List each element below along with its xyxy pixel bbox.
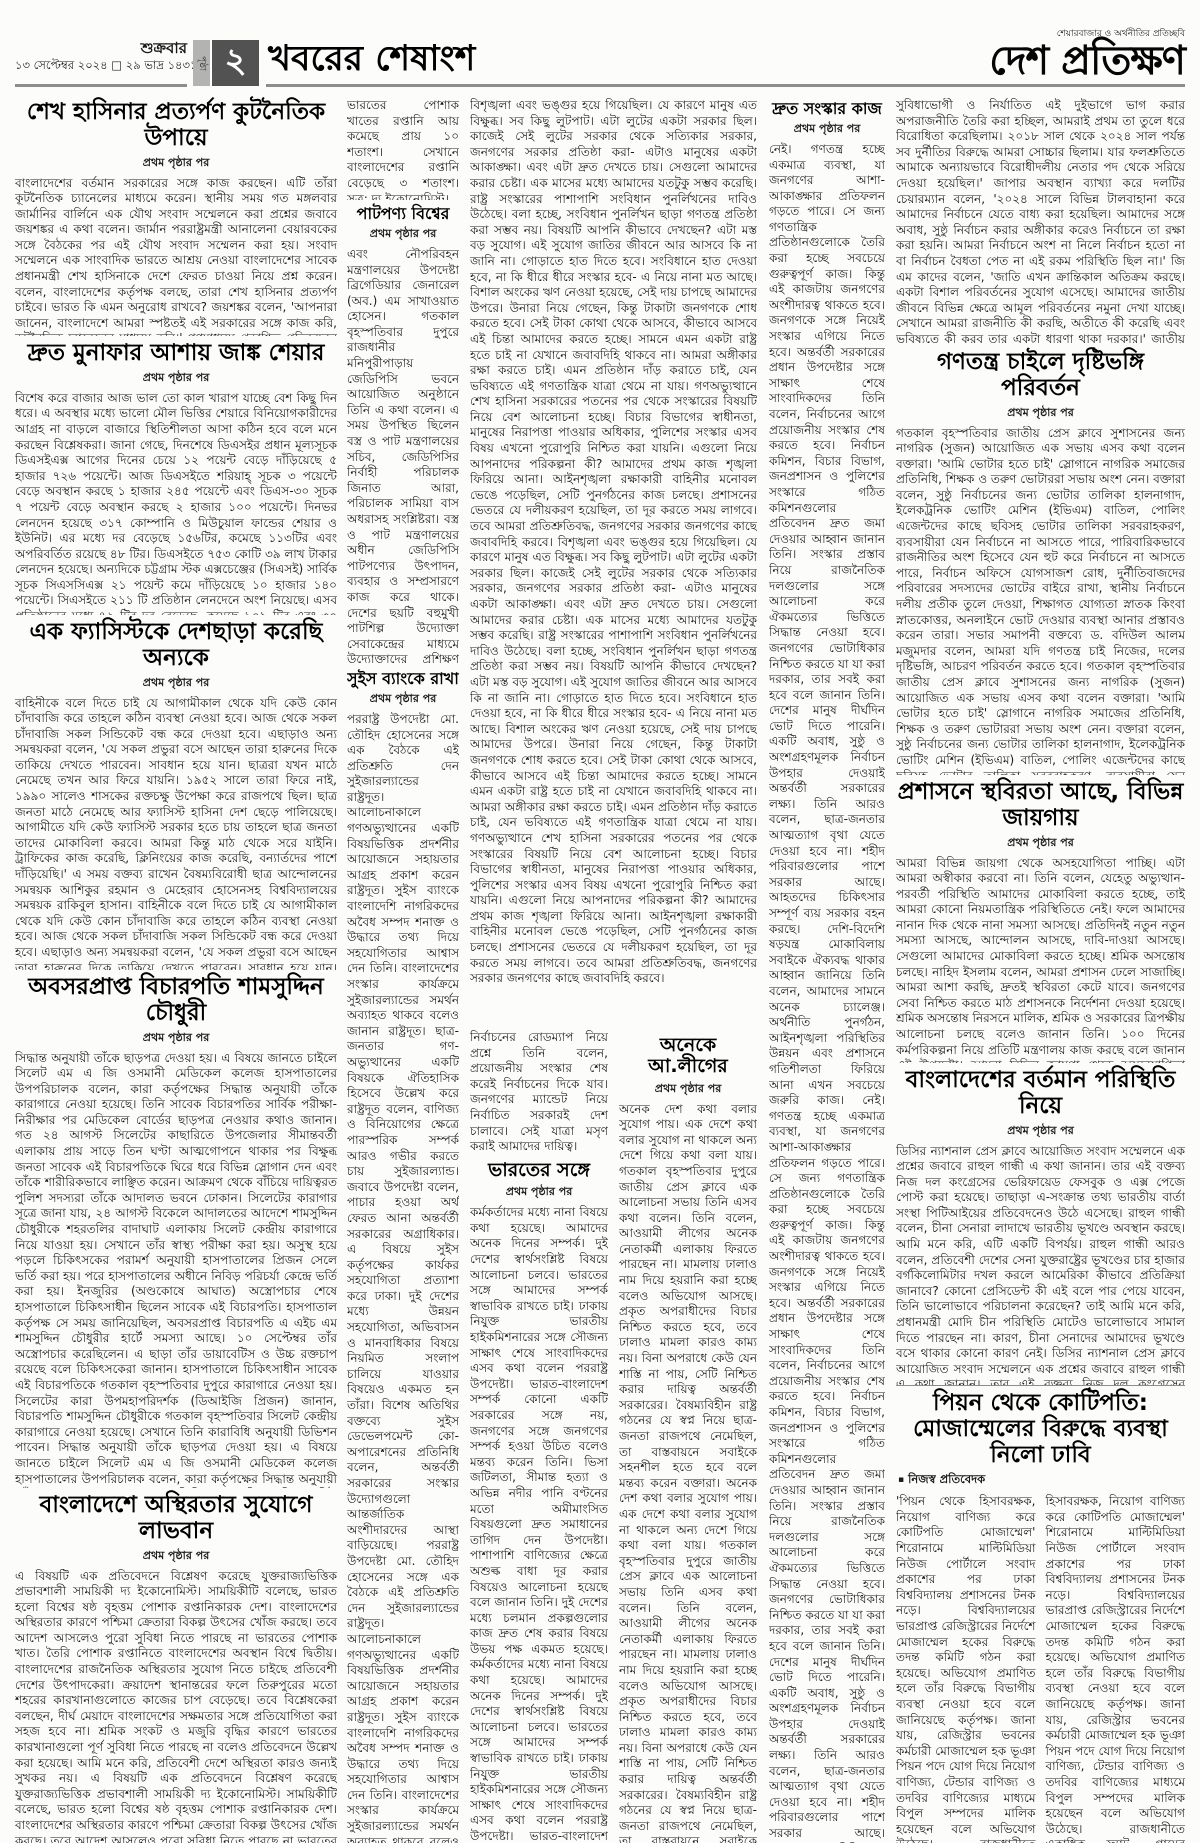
column-block-b: ভারতের পোশাক খাতের রপ্তানি আয় কমেছে প্র… [347,95,459,1843]
article-headline: শেখ হাসিনার প্রত্যর্পণ কুটনৈতিক উপায়ে [15,100,337,152]
continued-from-label: প্রথম পৃষ্ঠার পর [769,120,885,139]
article-headline: পাটপণ্য বিশ্বের [347,205,459,223]
page-number-badge: পৃষ্ঠা ২ [193,40,259,86]
article-body: বাহিনীকে বলে দিতে চাই যে আগামীকাল থেকে য… [15,696,337,971]
article-retired-justice: অবসরপ্রাপ্ত বিচারপতি শামসুদ্দিন চৌধুরী প… [15,970,337,1488]
continued-from-label: প্রথম পৃষ্ঠার পর [896,404,1185,423]
article-democracy-outlook: গণতন্ত্র চাইলে দৃষ্টিভঙ্গি পরিবর্তন প্রথ… [896,345,1185,775]
continued-from-label: প্রথম পৃষ্ঠার পর [619,1080,757,1099]
article-peon-to-millionaire: পিয়ন থেকে কোটিপতি: মোজাম্মেলের বিরুদ্ধে… [896,1385,1185,1843]
continued-from-label: প্রথম পৃষ্ঠার পর [347,690,459,709]
article-many-awami-league: অনেকে আ.লীগের প্রথম পৃষ্ঠার পর অনেক দেশ … [619,1030,757,1843]
article-body: নেই। গণতন্ত্র হচ্ছে একমাত্র ব্যবস্থা, যা… [769,142,885,1843]
article-body: ভারতের পোশাক খাতের রপ্তানি আয় কমেছে প্র… [347,98,459,200]
continued-from-label: প্রথম পৃষ্ঠার পর [15,1029,337,1048]
article-japa-continuation: সুবিধাভোগী ও নির্যাতিত এই দুইভাগে ভাগ কর… [896,95,1185,345]
column-block-d: দ্রুত সংস্কার কাজ প্রথম পৃষ্ঠার পর নেই। … [769,95,885,1843]
article-headline: অনেকে আ.লীগের [619,1035,757,1078]
article-body: সিদ্ধান্ত অনুযায়ী তাঁকে ছাড়পত্র দেওয়া… [15,1051,337,1489]
date-label: ১৩ সেপ্টেম্বর ২০২৪ □ ২৯ ভাদ্র ১৪৩১ [15,59,187,72]
article-rahul-gandhi: বাংলাদেশের বর্তমান পরিস্থিতি নিয়ে প্রথম… [896,1063,1185,1385]
article-body: নির্বাচনের রোডম্যাপ নিয়ে প্রশ্নে তিনি ব… [470,1030,608,1155]
article-body: অনেক দেশ কথা বলার সুযোগ পায়। এক দেশে কথ… [619,1102,757,1843]
column-block-e: সুবিধাভোগী ও নির্যাতিত এই দুইভাগে ভাগ কর… [896,95,1185,1843]
continued-from-label: প্রথম পৃষ্ঠার পর [15,369,337,388]
newspaper-brand: শেয়ারবাজার ও অর্থনীতির প্রতিচ্ছবি দেশ প… [989,30,1185,81]
article-headline: অবসরপ্রাপ্ত বিচারপতি শামসুদ্দিন চৌধুরী [15,975,337,1027]
sub-column-left: নির্বাচনের রোডম্যাপ নিয়ে প্রশ্নে তিনি ব… [470,1030,608,1843]
article-headline: সুইস ব্যাংকে রাখা [347,670,459,688]
continued-from-label: প্রথম পৃষ্ঠার পর [896,1122,1185,1141]
article-body: সুবিধাভোগী ও নির্যাতিত এই দুইভাগে ভাগ কর… [896,98,1185,345]
article-quick-reforms: দ্রুত সংস্কার কাজ প্রথম পৃষ্ঠার পর নেই। … [769,95,885,1843]
article-continuation-garments: ভারতের পোশাক খাতের রপ্তানি আয় কমেছে প্র… [347,95,459,200]
continued-from-label: প্রথম পৃষ্ঠার পর [15,1547,337,1566]
header-rule-left [15,84,187,87]
page-number: ২ [212,40,259,86]
date-block: শুক্রবার ১৩ সেপ্টেম্বর ২০২৪ □ ২৯ ভাদ্র ১… [15,40,187,72]
article-jute-products: পাটপণ্য বিশ্বের প্রথম পৃষ্ঠার পর এবং নৌপ… [347,200,459,665]
page-word-label: পৃষ্ঠা [193,40,210,86]
continued-from-label: প্রথম পৃষ্ঠার পর [347,225,459,244]
continued-from-label: প্রথম পৃষ্ঠার পর [896,834,1185,853]
article-headline: বাংলাদেশে অস্থিরতার সুযোগে লাভবান [15,1493,337,1545]
article-admin-stagnation: প্রশাসনে স্থবিরতা আছে, বিভিন্ন জায়গায় … [896,775,1185,1063]
article-headline: দ্রুত সংস্কার কাজ [769,100,885,118]
byline-marker-icon: ▪ [898,1475,904,1485]
article-body: বিশেষ করে বাজার আজ ভাল তো কাল খারাপ যাচ্… [15,391,337,615]
article-fascist-ousted: এক ফ্যাসিস্টকে দেশছাড়া করেছি অন্যকে প্র… [15,615,337,970]
article-headline: ভারতের সঙ্গে [470,1160,608,1181]
sub-columns: নির্বাচনের রোডম্যাপ নিয়ে প্রশ্নে তিনি ব… [470,1030,757,1843]
article-body: 'পিয়ন থেকে হিসাবরক্ষক, নিয়োগ বাণিজ্য ক… [896,1494,1185,1843]
article-headline: বাংলাদেশের বর্তমান পরিস্থিতি নিয়ে [896,1068,1185,1120]
article-headline: গণতন্ত্র চাইলে দৃষ্টিভঙ্গি পরিবর্তন [896,350,1185,402]
weekday-label: শুক্রবার [15,40,187,57]
article-body: ডিসির ন্যাশনাল প্রেস ক্লাবে আয়োজিত সংবা… [896,1144,1185,1386]
article-body: আমরা বিভিন্ন জায়গা থেকে অসহযোগিতা পাচ্ছ… [896,856,1185,1064]
article-headline: দ্রুত মুনাফার আশায় জাঙ্ক শেয়ার [15,341,337,367]
article-body: বিশৃঙ্খলা এবং ভঙ্গুর হয়ে গিয়েছিল। যে ক… [470,98,757,1030]
article-swiss-bank: সুইস ব্যাংকে রাখা প্রথম পৃষ্ঠার পর পররাষ… [347,665,459,1843]
newspaper-logo: দেশ প্রতিক্ষণ [989,41,1185,81]
section-title: খবরের শেষাংশ [268,40,475,79]
column-block-c: বিশৃঙ্খলা এবং ভঙ্গুর হয়ে গিয়েছিল। যে ক… [470,95,757,1843]
article-body: বাংলাদেশের বর্তমান সরকারের সঙ্গে কাজ করছ… [15,176,337,337]
continued-from-label: প্রথম পৃষ্ঠার পর [15,154,337,173]
header-rule-right [266,84,1185,87]
page-header: শুক্রবার ১৩ সেপ্টেম্বর ২০২৪ □ ২৯ ভাদ্র ১… [0,0,1200,92]
article-interview-continuation: বিশৃঙ্খলা এবং ভঙ্গুর হয়ে গিয়েছিল। যে ক… [470,95,757,1030]
newspaper-page: শুক্রবার ১৩ সেপ্টেম্বর ২০২৪ □ ২৯ ভাদ্র ১… [0,0,1200,1843]
article-junk-shares: দ্রুত মুনাফার আশায় জাঙ্ক শেয়ার প্রথম প… [15,336,337,615]
column-block-a: শেখ হাসিনার প্রত্যর্পণ কুটনৈতিক উপায়ে প… [15,95,337,1843]
article-headline: এক ফ্যাসিস্টকে দেশছাড়া করেছি অন্যকে [15,620,337,672]
article-instability-benefit: বাংলাদেশে অস্থিরতার সুযোগে লাভবান প্রথম … [15,1488,337,1843]
sub-column-right: অনেকে আ.লীগের প্রথম পৃষ্ঠার পর অনেক দেশ … [619,1030,757,1843]
article-sheikh-hasina-extradition: শেখ হাসিনার প্রত্যর্পণ কুটনৈতিক উপায়ে প… [15,95,337,336]
article-body: পররাষ্ট্র উপদেষ্টা মো. তৌহিদ হোসেনের সঙ্… [347,712,459,1843]
byline-label: নিজস্ব প্রতিবেদক [908,1472,985,1486]
article-headline: পিয়ন থেকে কোটিপতি: মোজাম্মেলের বিরুদ্ধে… [896,1391,1185,1468]
article-body: এ বিষয়টি এক প্রতিবেদনে বিশ্লেষণ করেছে য… [15,1569,337,1843]
article-headline: প্রশাসনে স্থবিরতা আছে, বিভিন্ন জায়গায় [896,780,1185,832]
byline: ▪ নিজস্ব প্রতিবেদক [898,1471,1185,1490]
continued-from-label: প্রথম পৃষ্ঠার পর [15,674,337,693]
continued-from-label: প্রথম পৃষ্ঠার পর [470,1183,608,1202]
article-body: গতকাল বৃহস্পতিবার জাতীয় প্রেস ক্লাবে সু… [896,426,1185,776]
article-body: এবং নৌপরিবহন মন্ত্রণালয়ের উপদেষ্টা ব্রি… [347,247,459,665]
article-with-india: ভারতের সঙ্গে প্রথম পৃষ্ঠার পর কর্মকর্তাদ… [470,1155,608,1843]
article-body: কর্মকর্তাদের মধ্যে নানা বিষয়ে কথা হয়েছ… [470,1205,608,1843]
